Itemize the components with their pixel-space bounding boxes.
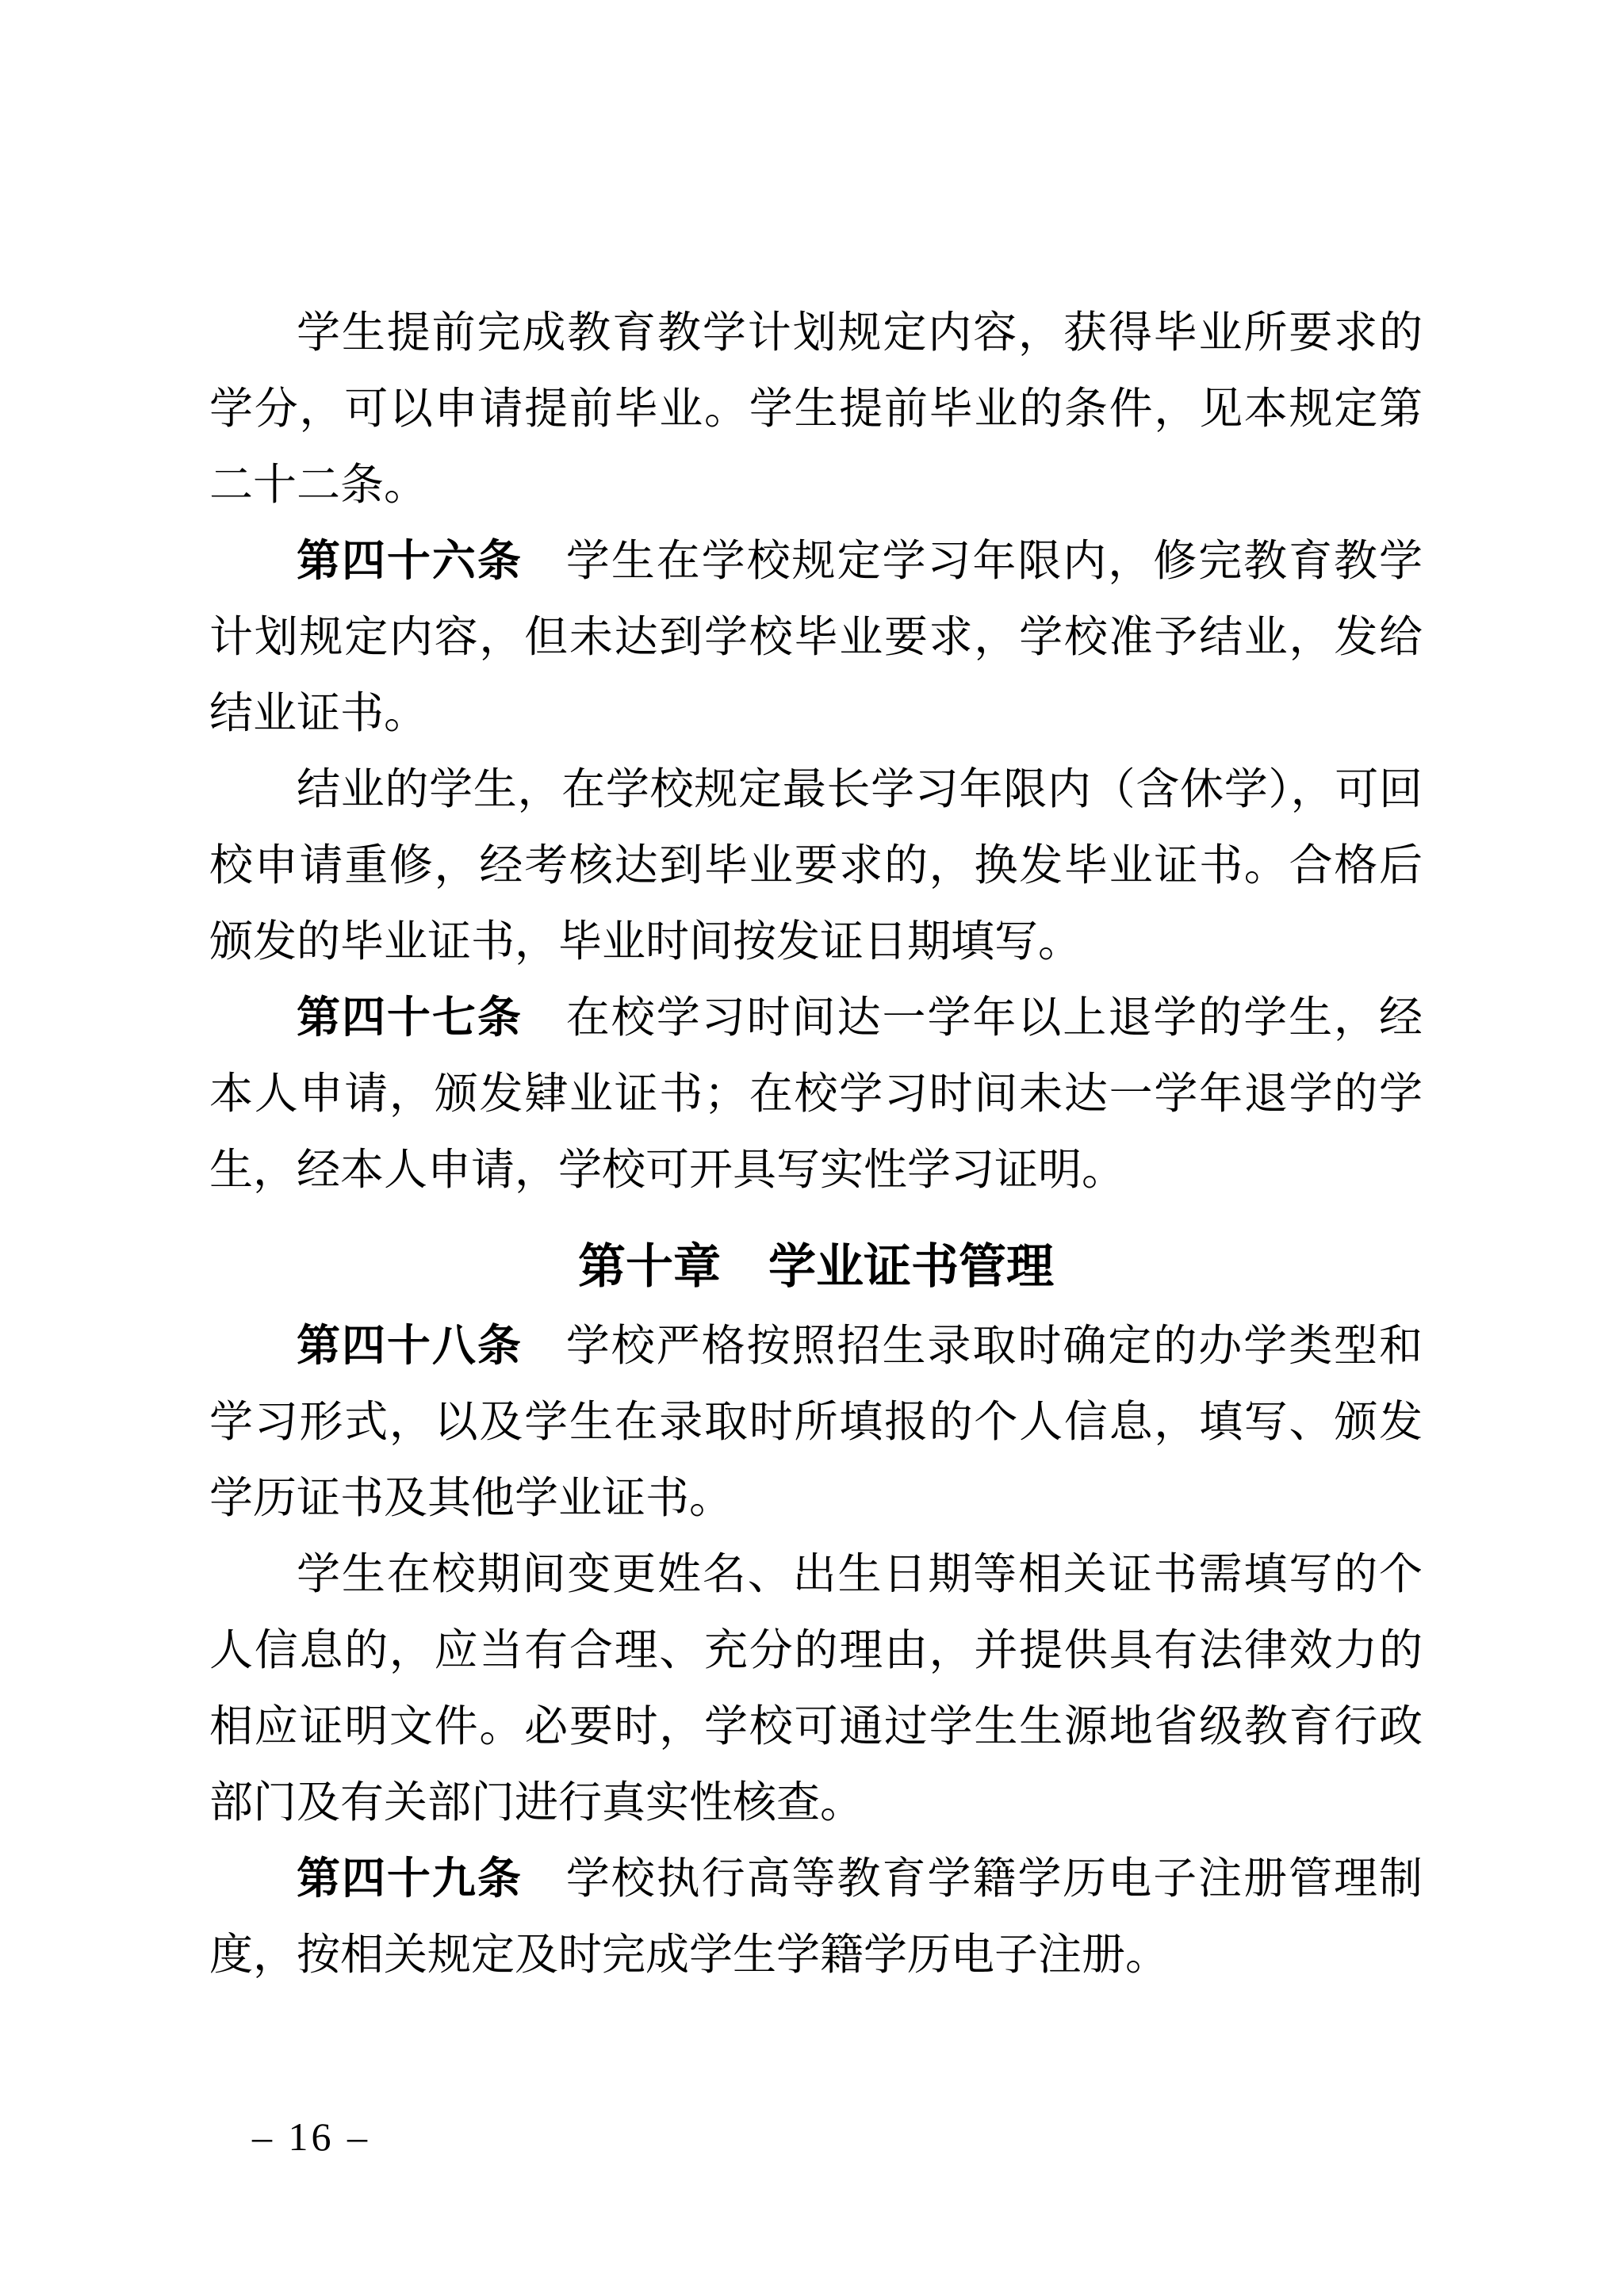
paragraph-text: 结业的学生，在学校规定最长学习年限内（含休学），可回校申请重修，经考核达到毕业要… xyxy=(209,765,1423,966)
paragraph-article-46: 第四十六条学生在学校规定学习年限内，修完教育教学计划规定内容，但未达到学校毕业要… xyxy=(209,523,1423,752)
paragraph-article-49: 第四十九条学校执行高等教育学籍学历电子注册管理制度，按相关规定及时完成学生学籍学… xyxy=(209,1841,1423,1993)
chapter-heading: 第十章 学业证书管理 xyxy=(209,1229,1423,1305)
paragraph-early-graduation: 学生提前完成教育教学计划规定内容，获得毕业所要求的学分，可以申请提前毕业。学生提… xyxy=(209,295,1423,523)
paragraph-text: 学生在校期间变更姓名、出生日期等相关证书需填写的个人信息的，应当有合理、充分的理… xyxy=(209,1550,1423,1827)
article-number: 第四十九条 xyxy=(297,1854,523,1903)
article-number: 第四十八条 xyxy=(297,1322,523,1370)
document-content: 学生提前完成教育教学计划规定内容，获得毕业所要求的学分，可以申请提前毕业。学生提… xyxy=(209,0,1423,1993)
paragraph-article-48: 第四十八条学校严格按照招生录取时确定的办学类型和学习形式，以及学生在录取时所填报… xyxy=(209,1308,1423,1536)
document-page: 学生提前完成教育教学计划规定内容，获得毕业所要求的学分，可以申请提前毕业。学生提… xyxy=(0,0,1624,2296)
paragraph-jieye-students: 结业的学生，在学校规定最长学习年限内（含休学），可回校申请重修，经考核达到毕业要… xyxy=(209,752,1423,980)
paragraph-text: 学生提前完成教育教学计划规定内容，获得毕业所要求的学分，可以申请提前毕业。学生提… xyxy=(209,308,1423,509)
article-number: 第四十六条 xyxy=(297,537,523,585)
page-number: – 16 – xyxy=(252,2114,370,2160)
paragraph-info-change: 学生在校期间变更姓名、出生日期等相关证书需填写的个人信息的，应当有合理、充分的理… xyxy=(209,1536,1423,1841)
paragraph-article-47: 第四十七条在校学习时间达一学年以上退学的学生，经本人申请，颁发肄业证书；在校学习… xyxy=(209,980,1423,1208)
article-number: 第四十七条 xyxy=(297,993,523,1042)
